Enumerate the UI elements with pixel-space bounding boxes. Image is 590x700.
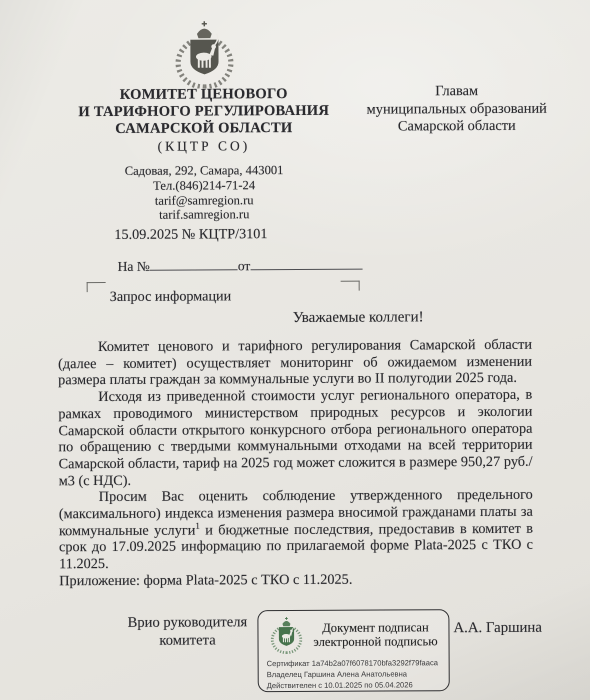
signer-position-line: комитета: [97, 631, 277, 650]
stamp-validity: Действителен с 10.01.2025 по 05.04.2026: [267, 679, 441, 691]
org-name-line: И ТАРИФНОГО РЕГУЛИРОВАНИЯ: [37, 102, 371, 121]
body-paragraph-1: Комитет ценового и тарифного регулирован…: [58, 337, 532, 390]
letter-body: Комитет ценового и тарифного регулирован…: [58, 337, 533, 590]
addressee-line: Главам: [357, 83, 557, 102]
org-name-line: САМАРСКОЙ ОБЛАСТИ: [37, 119, 371, 138]
stamp-title: Документ подписан электронной подписью: [310, 620, 440, 650]
stamp-title-line: Документ подписан: [310, 620, 440, 635]
body-paragraph-2: Исходя из приведенной стоимости услуг ре…: [58, 387, 533, 490]
addressee-block: Главам муниципальных образований Самарск…: [357, 83, 557, 137]
digital-signature-stamp: Документ подписан электронной подписью С…: [257, 609, 449, 692]
org-abbreviation: (КЦТР СО): [37, 138, 371, 157]
corner-mark-right: [341, 281, 360, 291]
scanned-letter-page: КОМИТЕТ ЦЕНОВОГО И ТАРИФНОГО РЕГУЛИРОВАН…: [0, 0, 590, 700]
org-name-line: КОМИТЕТ ЦЕНОВОГО: [37, 86, 371, 105]
corner-mark-left: [87, 282, 106, 292]
signer-position-line: Врио руководителя: [97, 613, 277, 632]
reply-on-label: На №: [118, 259, 150, 274]
reply-reference-line: На №от: [118, 256, 363, 275]
letter-subject: Запрос информации: [110, 288, 232, 306]
salutation: Уважаемые коллеги!: [293, 309, 424, 327]
reply-number-blank: [150, 256, 238, 270]
stamp-owner: Владелец Гаршина Алена Анатольевна: [267, 668, 441, 680]
stamp-certificate: Сертификат 1a74b2a07f6078170bfa3292f79fa…: [267, 657, 441, 669]
outgoing-date-number: 15.09.2025 № КЦТР/3101: [114, 226, 267, 244]
stamp-title-line: электронной подписью: [310, 634, 440, 649]
stamp-coat-of-arms-icon: [266, 615, 306, 655]
addressee-line: муниципальных образований: [357, 100, 557, 119]
org-website: tarif.samregion.ru: [37, 207, 371, 224]
organization-name: КОМИТЕТ ЦЕНОВОГО И ТАРИФНОГО РЕГУЛИРОВАН…: [37, 86, 371, 157]
signer-name: А.А. Гаршина: [453, 620, 542, 637]
reply-from-label: от: [238, 258, 251, 273]
reply-date-blank: [250, 256, 362, 271]
samara-coat-of-arms-icon: [164, 20, 244, 88]
addressee-line: Самарской области: [357, 118, 557, 137]
body-paragraph-3: Просим Вас оценить соблюдение утвержденн…: [59, 487, 533, 573]
org-contact-block: Садовая, 292, Самара, 443001 Тел.(846)21…: [37, 163, 371, 224]
attachment-line: Приложение: форма Plata-2025 с ТКО с 11.…: [59, 571, 533, 590]
signer-position: Врио руководителя комитета: [97, 613, 277, 650]
